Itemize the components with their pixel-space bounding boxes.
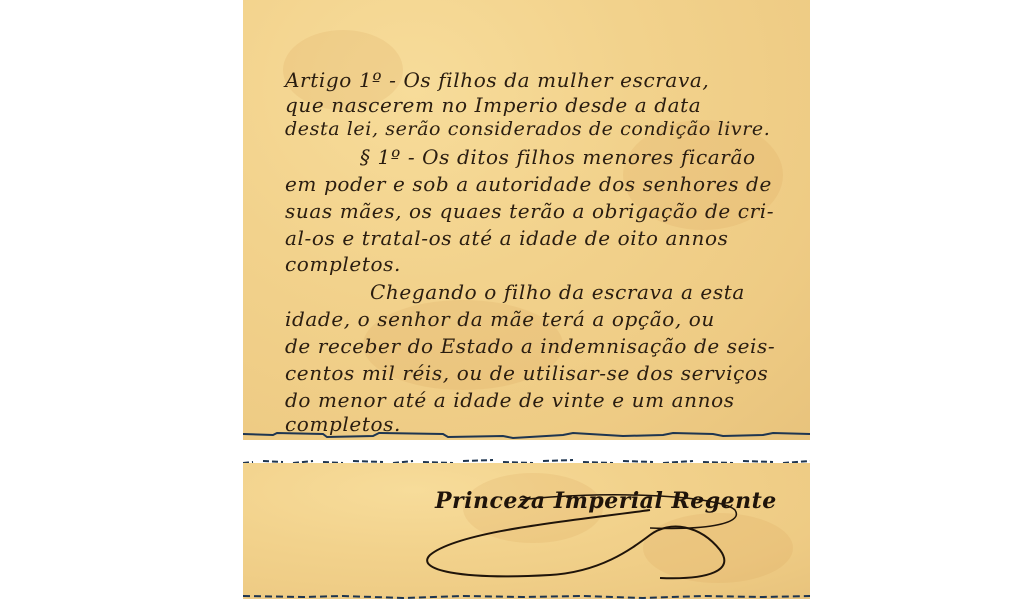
paragraph-2-line-1: Chegando o filho da escrava a esta <box>370 280 745 304</box>
paragraph-2-line-6: completos. <box>285 412 401 436</box>
paragraph-2-line-5: do menor até a idade de vinte e um annos <box>285 388 735 412</box>
paragraph-1-line-1: § 1º - Os ditos filhos menores ficarão <box>360 145 756 169</box>
paragraph-2-line-4: centos mil réis, ou de utilisar-se dos s… <box>285 361 768 385</box>
torn-edge-lower-bottom <box>243 592 810 602</box>
article-1-line-1: Artigo 1º - Os filhos da mulher escrava, <box>285 68 709 92</box>
paragraph-1-line-3: suas mães, os quaes terão a obrigação de… <box>285 199 774 223</box>
paragraph-1-line-4: al-os e tratal-os até a idade de oito an… <box>285 226 728 250</box>
article-1-line-2: que nascerem no Imperio desde a data <box>285 93 701 117</box>
paragraph-1-line-2: em poder e sob a autoridade dos senhores… <box>285 172 772 196</box>
signature: Princeza Imperial Regente <box>435 488 777 514</box>
paragraph-2-line-2: idade, o senhor da mãe terá a opção, ou <box>285 307 715 331</box>
paragraph-2-line-3: de receber do Estado a indemnisação de s… <box>285 334 775 358</box>
paragraph-1-line-5: completos. <box>285 252 401 276</box>
article-1-line-3: desta lei, serão considerados de condiçã… <box>285 118 770 140</box>
